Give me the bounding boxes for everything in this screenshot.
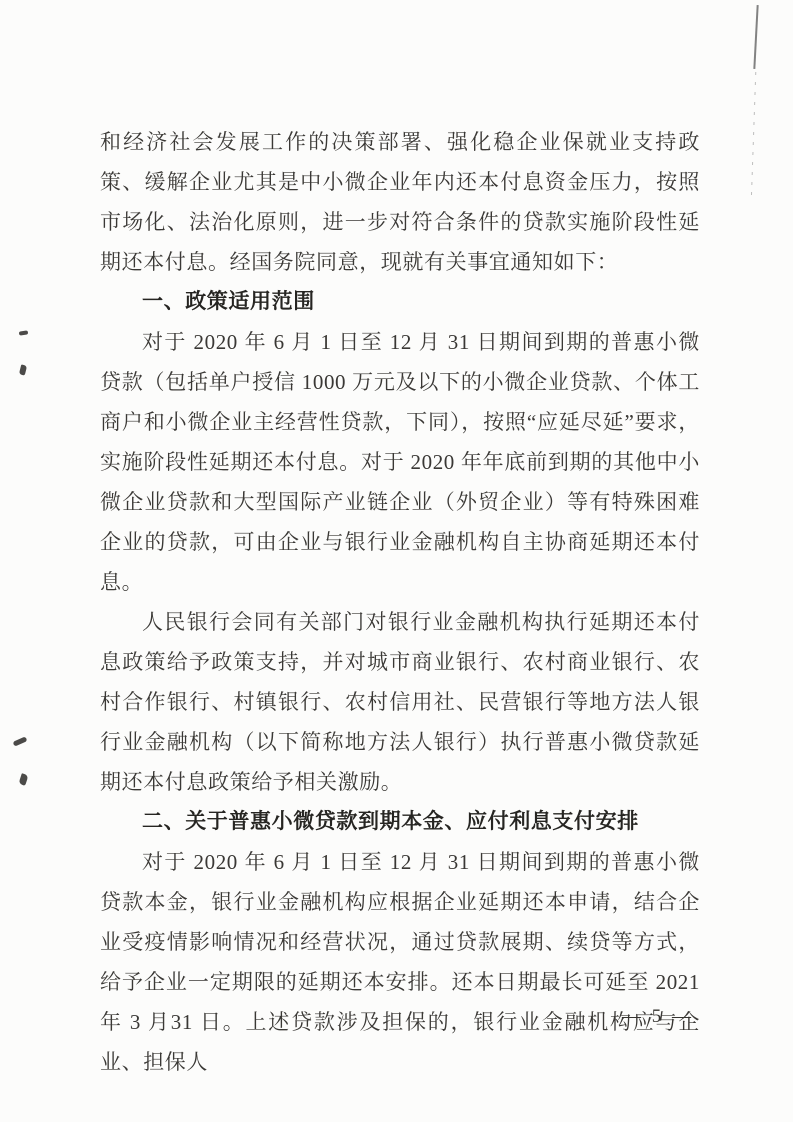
document-page: 和经济社会发展工作的决策部署、强化稳企业保就业支持政策、缓解企业尤其是中小微企业…	[0, 0, 793, 1122]
section-heading: 二、关于普惠小微贷款到期本金、应付利息支付安排	[100, 802, 700, 842]
ink-mark	[13, 736, 28, 746]
body-paragraph: 和经济社会发展工作的决策部署、强化稳企业保就业支持政策、缓解企业尤其是中小微企业…	[100, 122, 700, 282]
document-body: 和经济社会发展工作的决策部署、强化稳企业保就业支持政策、缓解企业尤其是中小微企业…	[100, 122, 700, 1082]
scan-scratch-artifact-faint	[751, 72, 757, 202]
ink-mark	[19, 364, 27, 375]
section-heading: 一、政策适用范围	[100, 282, 700, 322]
ink-mark	[19, 330, 28, 335]
body-paragraph: 对于 2020 年 6 月 1 日至 12 月 31 日期间到期的普惠小微贷款（…	[100, 322, 700, 602]
scan-scratch-artifact	[753, 5, 758, 69]
ink-mark	[18, 773, 28, 786]
body-paragraph: 人民银行会同有关部门对银行业金融机构执行延期还本付息政策给予政策支持，并对城市商…	[100, 602, 700, 802]
body-paragraph: 对于 2020 年 6 月 1 日至 12 月 31 日期间到期的普惠小微贷款本…	[100, 842, 700, 1082]
page-number: — 5 —	[622, 1006, 694, 1028]
